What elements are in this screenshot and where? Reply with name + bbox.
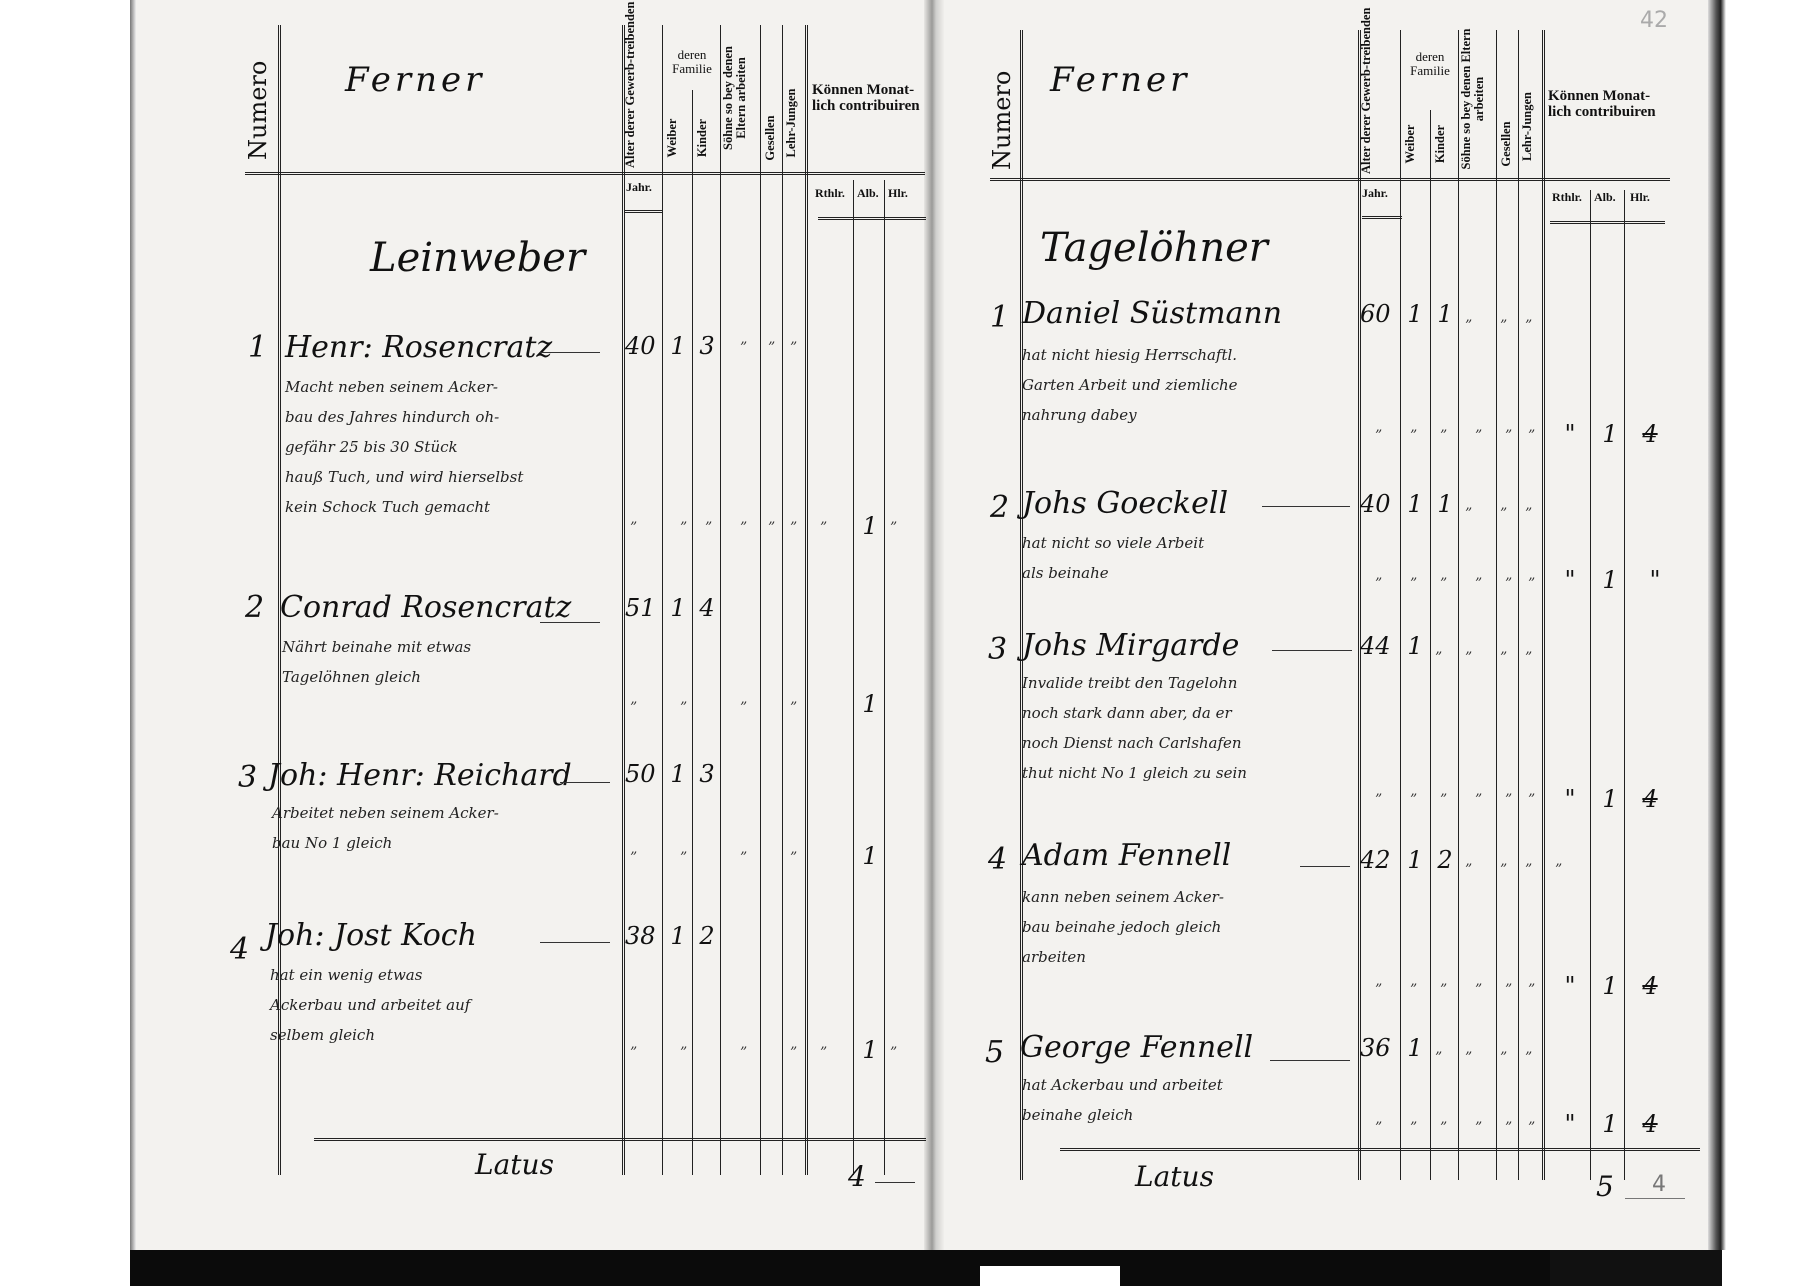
entry-age: 38	[625, 922, 655, 950]
ditto-mark: ”	[1435, 650, 1442, 666]
ditto-mark: ”	[1505, 576, 1512, 592]
page-heading: Ferner	[1050, 60, 1190, 100]
children-header: Kinder	[696, 108, 709, 168]
entry-name: Joh: Henr: Reichard	[268, 758, 572, 793]
ditto-mark: ”	[1505, 982, 1512, 998]
entry-hlr: 4	[1635, 1110, 1665, 1138]
ditto-mark: ”	[1410, 576, 1417, 592]
entry-hlr: "	[1640, 566, 1670, 594]
entry-name: Conrad Rosencratz	[280, 590, 571, 625]
ditto-mark: ”	[1440, 792, 1447, 808]
entry-dash	[1262, 506, 1350, 507]
ditto-mark: ”	[1410, 982, 1417, 998]
ditto-mark: ”	[1440, 576, 1447, 592]
ditto-mark: ”	[768, 340, 775, 356]
entry-dash	[540, 352, 600, 353]
ditto-mark: ”	[740, 340, 747, 356]
entry-alb: 1	[1595, 1110, 1625, 1138]
sons-header: Söhne so bey denen Eltern arbeiten	[1460, 24, 1486, 174]
ditto-mark: ”	[1475, 792, 1482, 808]
entry-number: 3	[988, 632, 1007, 667]
entry-note: hat ein wenig etwas Ackerbau und arbeite…	[270, 960, 610, 1050]
entry-hlr: 4	[1635, 420, 1665, 448]
entry-note: Invalide treibt den Tagelohn noch stark …	[1022, 668, 1357, 788]
ditto-mark: ”	[790, 700, 797, 716]
ditto-mark: ”	[790, 520, 797, 536]
ditto-mark: ”	[740, 1045, 747, 1061]
entry-dash	[540, 622, 600, 623]
entry-alb: 1	[1595, 972, 1625, 1000]
years-unit: Jahr.	[626, 180, 652, 195]
entry-age: 51	[625, 594, 655, 622]
ditto-mark: ”	[890, 1045, 897, 1061]
ditto-mark: ”	[1528, 576, 1535, 592]
ditto-mark: ”	[1525, 506, 1532, 522]
contrib-column-rule	[805, 25, 808, 1175]
alb-column-rule	[884, 180, 885, 1175]
years-rule	[624, 210, 662, 213]
contrib-header: Können Monat-lich contribuiren	[812, 82, 924, 114]
contrib-column-rule	[1542, 30, 1545, 1180]
entry-children: 2	[1430, 846, 1460, 874]
ditto-mark: ”	[768, 520, 775, 536]
ditto-mark: ”	[1375, 576, 1382, 592]
age-header: Alter derer Gewerb-treibenden	[624, 28, 637, 168]
entry-wives: 1	[1400, 846, 1430, 874]
entry-wives: 1	[1400, 632, 1430, 660]
page-heading: Ferner	[345, 60, 485, 100]
ditto-mark: ”	[1410, 428, 1417, 444]
entry-note: hat nicht so viele Arbeit als beinahe	[1022, 528, 1357, 588]
entry-name: Johs Mirgarde	[1022, 628, 1239, 663]
ditto-mark: ”	[1528, 428, 1535, 444]
alb-unit: Alb.	[1594, 190, 1616, 205]
entry-number: 5	[985, 1035, 1004, 1070]
ditto-mark: ”	[630, 520, 637, 536]
entry-name: Daniel Süstmann	[1022, 296, 1282, 331]
entry-age: 60	[1360, 300, 1390, 328]
ditto-mark: ”	[1500, 318, 1507, 334]
entry-note: Nährt beinahe mit etwas Tagelöhnen gleic…	[282, 632, 612, 692]
ditto-mark: ”	[1500, 1050, 1507, 1066]
apprentices-header: Lehr-Jungen	[1521, 79, 1534, 174]
journeymen-header: Gesellen	[1500, 114, 1513, 174]
apprentices-column-rule	[782, 25, 783, 1175]
entry-wives: 1	[663, 332, 693, 360]
entry-wives: 1	[663, 760, 693, 788]
latus-hlr: 4	[1652, 1172, 1666, 1197]
latus-rule	[1060, 1148, 1700, 1151]
entry-rthlr: "	[1555, 566, 1585, 594]
ditto-mark: ”	[1465, 650, 1472, 666]
ditto-mark: ”	[1525, 650, 1532, 666]
rthlr-unit: Rthlr.	[1552, 190, 1582, 205]
ditto-mark: ”	[740, 520, 747, 536]
entry-dash	[1272, 650, 1352, 651]
money-rule	[1550, 221, 1665, 224]
entry-age: 40	[625, 332, 655, 360]
entry-hlr: 4	[1635, 972, 1665, 1000]
ditto-mark: ”	[1475, 428, 1482, 444]
ditto-mark: ”	[1525, 318, 1532, 334]
ditto-mark: ”	[790, 850, 797, 866]
header-rule	[245, 172, 925, 175]
ditto-mark: ”	[1505, 428, 1512, 444]
ditto-mark: ”	[1465, 318, 1472, 334]
entry-children: 2	[692, 922, 722, 950]
ditto-mark: ”	[1440, 1120, 1447, 1136]
entry-name: Henr: Rosencratz	[285, 330, 552, 365]
ditto-mark: ”	[1475, 1120, 1482, 1136]
children-column-rule	[1430, 110, 1431, 1180]
ditto-mark: ”	[630, 1045, 637, 1061]
entry-age: 44	[1360, 632, 1390, 660]
entry-note: Arbeitet neben seinem Acker- bau No 1 gl…	[272, 798, 602, 858]
journeymen-header: Gesellen	[764, 108, 777, 168]
latus-label: Latus	[1135, 1160, 1214, 1193]
ditto-mark: ”	[1440, 428, 1447, 444]
alb-unit: Alb.	[857, 186, 879, 201]
ditto-mark: ”	[1528, 1120, 1535, 1136]
ditto-mark: ”	[820, 1045, 827, 1061]
entry-children: 3	[692, 332, 722, 360]
section-title: Leinweber	[370, 235, 585, 281]
ditto-mark: ”	[1465, 1050, 1472, 1066]
ditto-mark: ”	[1525, 862, 1532, 878]
entry-rthlr: "	[1555, 1110, 1585, 1138]
entry-alb: 1	[855, 512, 885, 540]
ditto-mark: ”	[740, 850, 747, 866]
money-rule	[818, 217, 926, 220]
right-page-edge	[1708, 0, 1726, 1250]
entry-wives: 1	[1400, 300, 1430, 328]
wives-header: Weiber	[1404, 114, 1417, 174]
ditto-mark: ”	[1410, 1120, 1417, 1136]
latus-total: 4	[848, 1160, 866, 1193]
ditto-mark: ”	[1528, 792, 1535, 808]
ditto-mark: ”	[890, 520, 897, 536]
rthlr-unit: Rthlr.	[815, 186, 845, 201]
years-unit: Jahr.	[1362, 186, 1388, 201]
family-header: deren Familie	[664, 48, 720, 76]
entry-children: 4	[692, 594, 722, 622]
hlr-unit: Hlr.	[888, 186, 908, 201]
ditto-mark: ”	[1500, 650, 1507, 666]
entry-number: 1	[248, 330, 267, 365]
ditto-mark: ”	[680, 520, 687, 536]
entry-age: 36	[1360, 1034, 1390, 1062]
entry-number: 4	[988, 842, 1007, 877]
wives-header: Weiber	[666, 108, 679, 168]
ditto-mark: ”	[1435, 1050, 1442, 1066]
hlr-unit: Hlr.	[1630, 190, 1650, 205]
entry-rthlr: "	[1555, 785, 1585, 813]
entry-wives: 1	[1400, 1034, 1430, 1062]
latus-dash	[875, 1182, 915, 1183]
ditto-mark: ”	[790, 1045, 797, 1061]
ditto-mark: ”	[1375, 982, 1382, 998]
ditto-mark: ”	[680, 850, 687, 866]
entry-alb: 1	[855, 690, 885, 718]
apprentices-column-rule	[1518, 30, 1519, 1180]
ditto-mark: ”	[1375, 428, 1382, 444]
entry-children: 1	[1430, 490, 1460, 518]
entry-children: 1	[1430, 300, 1460, 328]
entry-age: 50	[625, 760, 655, 788]
journeymen-column-rule	[1496, 30, 1497, 1180]
entry-wives: 1	[663, 922, 693, 950]
ditto-mark: ”	[1505, 1120, 1512, 1136]
entry-note: hat Ackerbau und arbeitet beinahe gleich	[1022, 1070, 1357, 1130]
contrib-header: Können Monat-lich contribuiren	[1548, 88, 1673, 120]
scan-bottom-shadow	[130, 1250, 1722, 1286]
entry-alb: 1	[855, 842, 885, 870]
entry-number: 3	[238, 760, 257, 795]
entry-name: Adam Fennell	[1022, 838, 1231, 873]
ditto-mark: ”	[1525, 1050, 1532, 1066]
entry-rthlr: "	[1555, 972, 1585, 1000]
ditto-mark: ”	[1475, 576, 1482, 592]
book-gutter	[924, 0, 944, 1250]
sons-header: Söhne so bey denen Eltern arbeiten	[722, 28, 748, 168]
rthlr-column-rule	[1590, 190, 1591, 1180]
entry-note: Macht neben seinem Acker- bau des Jahres…	[285, 372, 615, 522]
header-rule	[990, 178, 1670, 181]
entry-number: 4	[230, 932, 249, 967]
entry-wives: 1	[1400, 490, 1430, 518]
latus-label: Latus	[475, 1148, 554, 1181]
entry-note: hat nicht hiesig Herrschaftl. Garten Arb…	[1022, 340, 1357, 430]
ditto-mark: ”	[1440, 982, 1447, 998]
ditto-mark: ”	[1375, 792, 1382, 808]
years-rule	[1362, 216, 1402, 219]
entry-number: 2	[990, 490, 1009, 525]
ditto-mark: ”	[1410, 792, 1417, 808]
ditto-mark: ”	[630, 700, 637, 716]
rthlr-column-rule	[853, 180, 854, 1175]
ditto-mark: ”	[1555, 862, 1562, 878]
entry-alb: 1	[1595, 420, 1625, 448]
children-header: Kinder	[1434, 114, 1447, 174]
wives-column-rule	[1400, 30, 1401, 1180]
ditto-mark: ”	[1465, 862, 1472, 878]
ditto-mark: ”	[820, 520, 827, 536]
age-column-rule	[1358, 30, 1361, 1180]
children-column-rule	[692, 90, 693, 1175]
ditto-mark: ”	[1465, 506, 1472, 522]
entry-name: George Fennell	[1020, 1030, 1253, 1065]
sons-column-rule	[1458, 30, 1459, 1180]
ditto-mark: ”	[740, 700, 747, 716]
age-header: Alter derer Gewerb-treibenden	[1360, 24, 1373, 174]
family-header: deren Familie	[1402, 50, 1458, 78]
entry-note: kann neben seinem Acker- bau beinahe jed…	[1022, 882, 1357, 972]
folio-number: 42	[1640, 8, 1668, 33]
ditto-mark: ”	[680, 700, 687, 716]
entry-age: 42	[1360, 846, 1390, 874]
ditto-mark: ”	[630, 850, 637, 866]
latus-total: 5	[1596, 1170, 1614, 1203]
alb-column-rule	[1624, 190, 1625, 1180]
ditto-mark: ”	[1505, 792, 1512, 808]
numero-header: Numero	[244, 61, 272, 160]
section-title: Tagelöhner	[1040, 225, 1268, 271]
apprentices-header: Lehr-Jungen	[785, 78, 798, 168]
entry-alb: 1	[1595, 785, 1625, 813]
entry-children: 3	[692, 760, 722, 788]
entry-dash	[1300, 866, 1350, 867]
entry-name: Johs Goeckell	[1022, 486, 1228, 521]
entry-wives: 1	[663, 594, 693, 622]
ditto-mark: ”	[790, 340, 797, 356]
entry-dash	[540, 942, 610, 943]
latus-rule	[314, 1138, 926, 1141]
ditto-mark: ”	[680, 1045, 687, 1061]
ditto-mark: ”	[1500, 506, 1507, 522]
entry-number: 1	[990, 300, 1009, 335]
entry-number: 2	[245, 590, 264, 625]
entry-hlr: 4	[1635, 785, 1665, 813]
ditto-mark: ”	[1528, 982, 1535, 998]
ditto-mark: ”	[1375, 1120, 1382, 1136]
entry-dash	[560, 782, 610, 783]
ditto-mark: ”	[705, 520, 712, 536]
left-page-edge	[130, 0, 136, 1250]
numero-header: Numero	[988, 71, 1016, 170]
entry-age: 40	[1360, 490, 1390, 518]
journeymen-column-rule	[760, 25, 761, 1175]
entry-alb: 1	[855, 1036, 885, 1064]
entry-alb: 1	[1595, 566, 1625, 594]
entry-name: Joh: Jost Koch	[265, 918, 477, 953]
entry-rthlr: "	[1555, 420, 1585, 448]
entry-dash	[1270, 1060, 1350, 1061]
ditto-mark: ”	[1500, 862, 1507, 878]
ditto-mark: ”	[1475, 982, 1482, 998]
latus-dash	[1625, 1198, 1685, 1199]
numero-column-rule	[1020, 30, 1023, 1180]
